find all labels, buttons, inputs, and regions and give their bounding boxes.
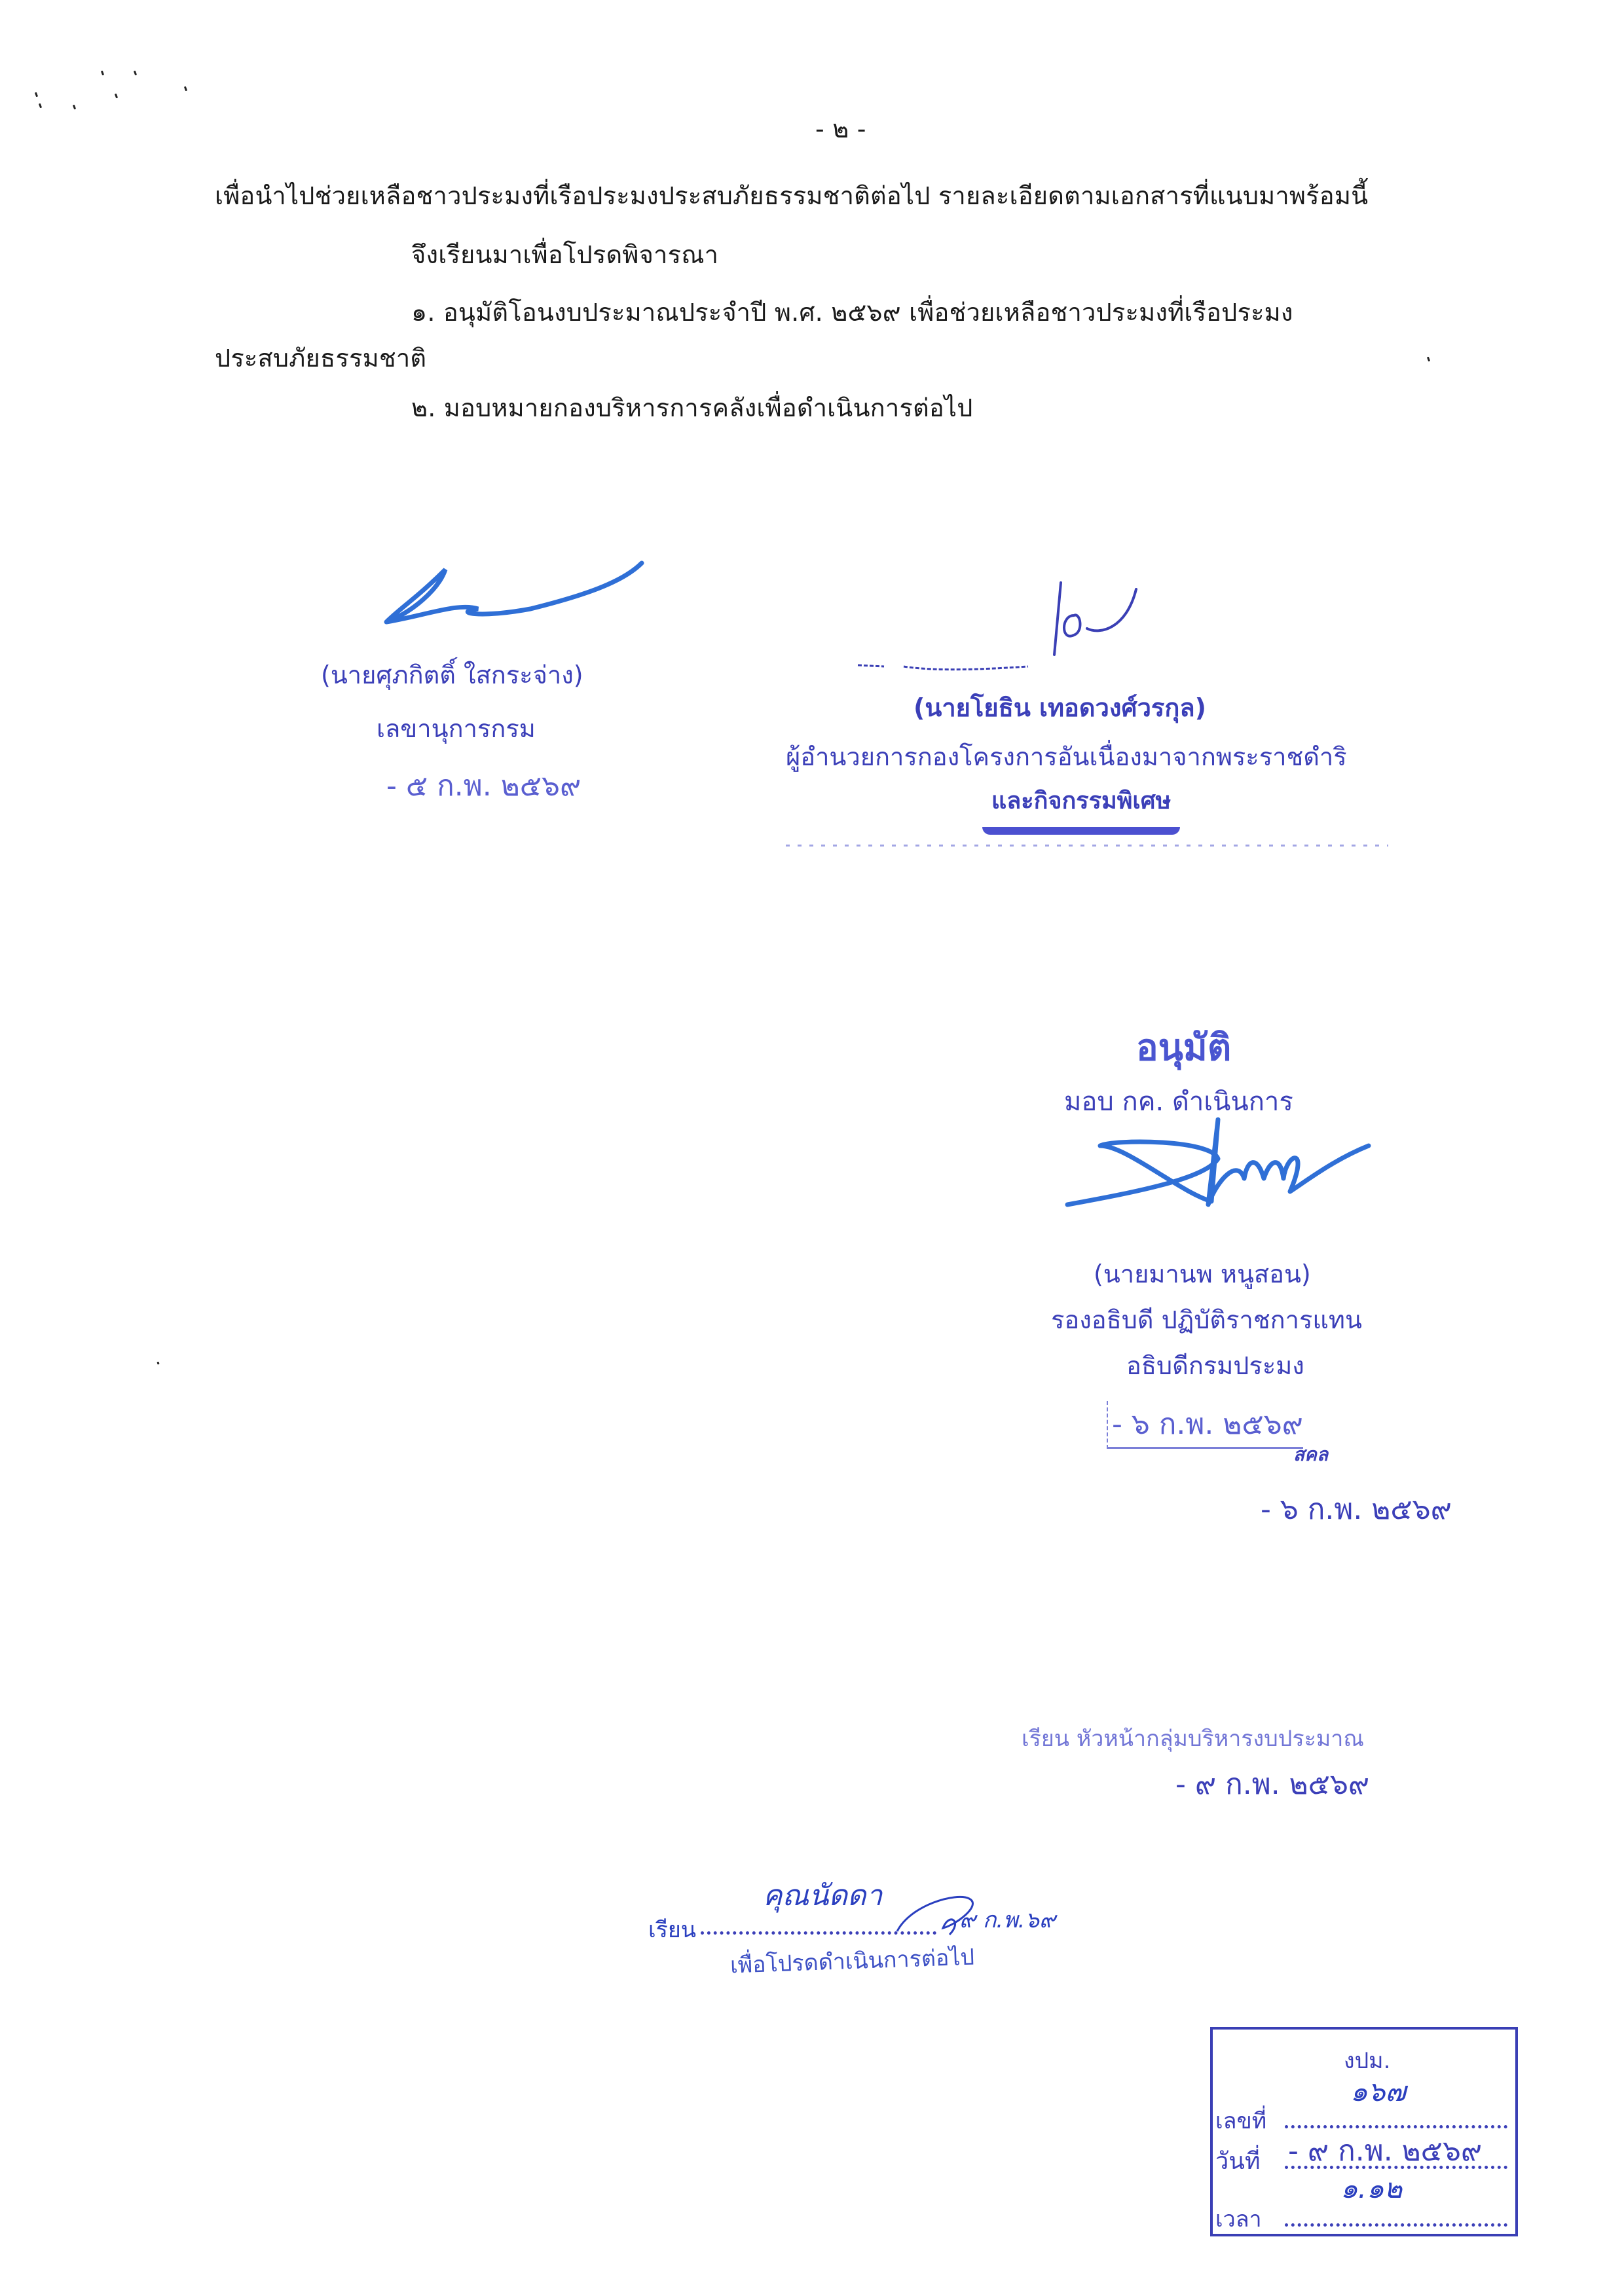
receipt-number-value: ๑๖๗ xyxy=(1350,2070,1406,2113)
stamp-smudge-line xyxy=(786,845,1388,847)
receipt-number-dots xyxy=(1285,2115,1507,2128)
signature-deputy-director-general xyxy=(1061,1120,1375,1224)
signature-secretary xyxy=(373,556,648,635)
approval-instruction: มอบ กค. ดำเนินการ xyxy=(1064,1080,1293,1122)
secretary-name: (นายศุภกิตติ์ ใสกระจ่าง) xyxy=(321,655,583,695)
routing-budget-date: - ๙ ก.พ. ๒๕๖๙ xyxy=(1175,1761,1369,1807)
routing-note-signature xyxy=(884,1886,989,1938)
routing-note-instruction: เพื่อโปรดดำเนินการต่อไป xyxy=(729,1939,975,1983)
item-1-line-1: ๑. อนุมัติโอนงบประมาณประจำปี พ.ศ. ๒๕๖๙ เ… xyxy=(411,300,1293,325)
director-title-line-1: ผู้อำนวยการกองโครงการอันเนื่องมาจากพระรา… xyxy=(786,737,1347,776)
page-number: - ๒ - xyxy=(815,117,866,141)
signature-line-director xyxy=(858,661,1035,674)
receipt-stamp: งปม. ๑๖๗ เลขที่ - ๙ ก.พ. ๒๕๖๙ วันที่ ๑.๑… xyxy=(1210,2027,1518,2236)
receipt-date-label: วันที่ xyxy=(1215,2142,1261,2179)
deputy-title-line-1: รองอธิบดี ปฏิบัติราชการแทน xyxy=(1051,1300,1362,1339)
receipt-time-label: เวลา xyxy=(1215,2201,1262,2236)
approval-initials: สคล xyxy=(1293,1440,1328,1469)
approval-date-stamp: - ๖ ก.พ. ๒๕๖๙ xyxy=(1107,1401,1303,1449)
signature-director xyxy=(1035,576,1153,661)
item-1-line-2: ประสบภัยธรรมชาติ xyxy=(215,346,426,371)
approval-date-received: - ๖ ก.พ. ๒๕๖๙ xyxy=(1261,1486,1452,1532)
director-name: (นายโยธิน เทอดวงศ์วรกุล) xyxy=(913,687,1206,727)
request-line: จึงเรียนมาเพื่อโปรดพิจารณา xyxy=(411,242,718,267)
deputy-title-line-2: อธิบดีกรมประมง xyxy=(1126,1345,1304,1385)
secretary-date: - ๕ ก.พ. ๒๕๖๙ xyxy=(386,763,581,809)
deputy-name: (นายมานพ หนูสอน) xyxy=(1094,1254,1311,1294)
approval-stamp: อนุมัติ xyxy=(1136,1018,1231,1076)
item-2: ๒. มอบหมายกองบริหารการคลังเพื่อดำเนินการ… xyxy=(411,395,973,420)
receipt-number-label: เลขที่ xyxy=(1215,2103,1266,2138)
routing-budget-text: เรียน หัวหน้ากลุ่มบริหารงบประมาณ xyxy=(1022,1721,1364,1756)
secretary-title: เลขานุการกรม xyxy=(377,708,536,748)
routing-note-recipient: คุณนัดดา xyxy=(763,1872,882,1918)
director-title-line-2: และกิจกรรมพิเศษ xyxy=(982,779,1180,835)
receipt-time-dots xyxy=(1285,2213,1507,2227)
routing-note-label: เรียน xyxy=(648,1912,696,1947)
receipt-time-value: ๑.๑๒ xyxy=(1340,2167,1402,2210)
body-line-continuation: เพื่อนำไปช่วยเหลือชาวประมงที่เรือประมงปร… xyxy=(215,183,1368,208)
